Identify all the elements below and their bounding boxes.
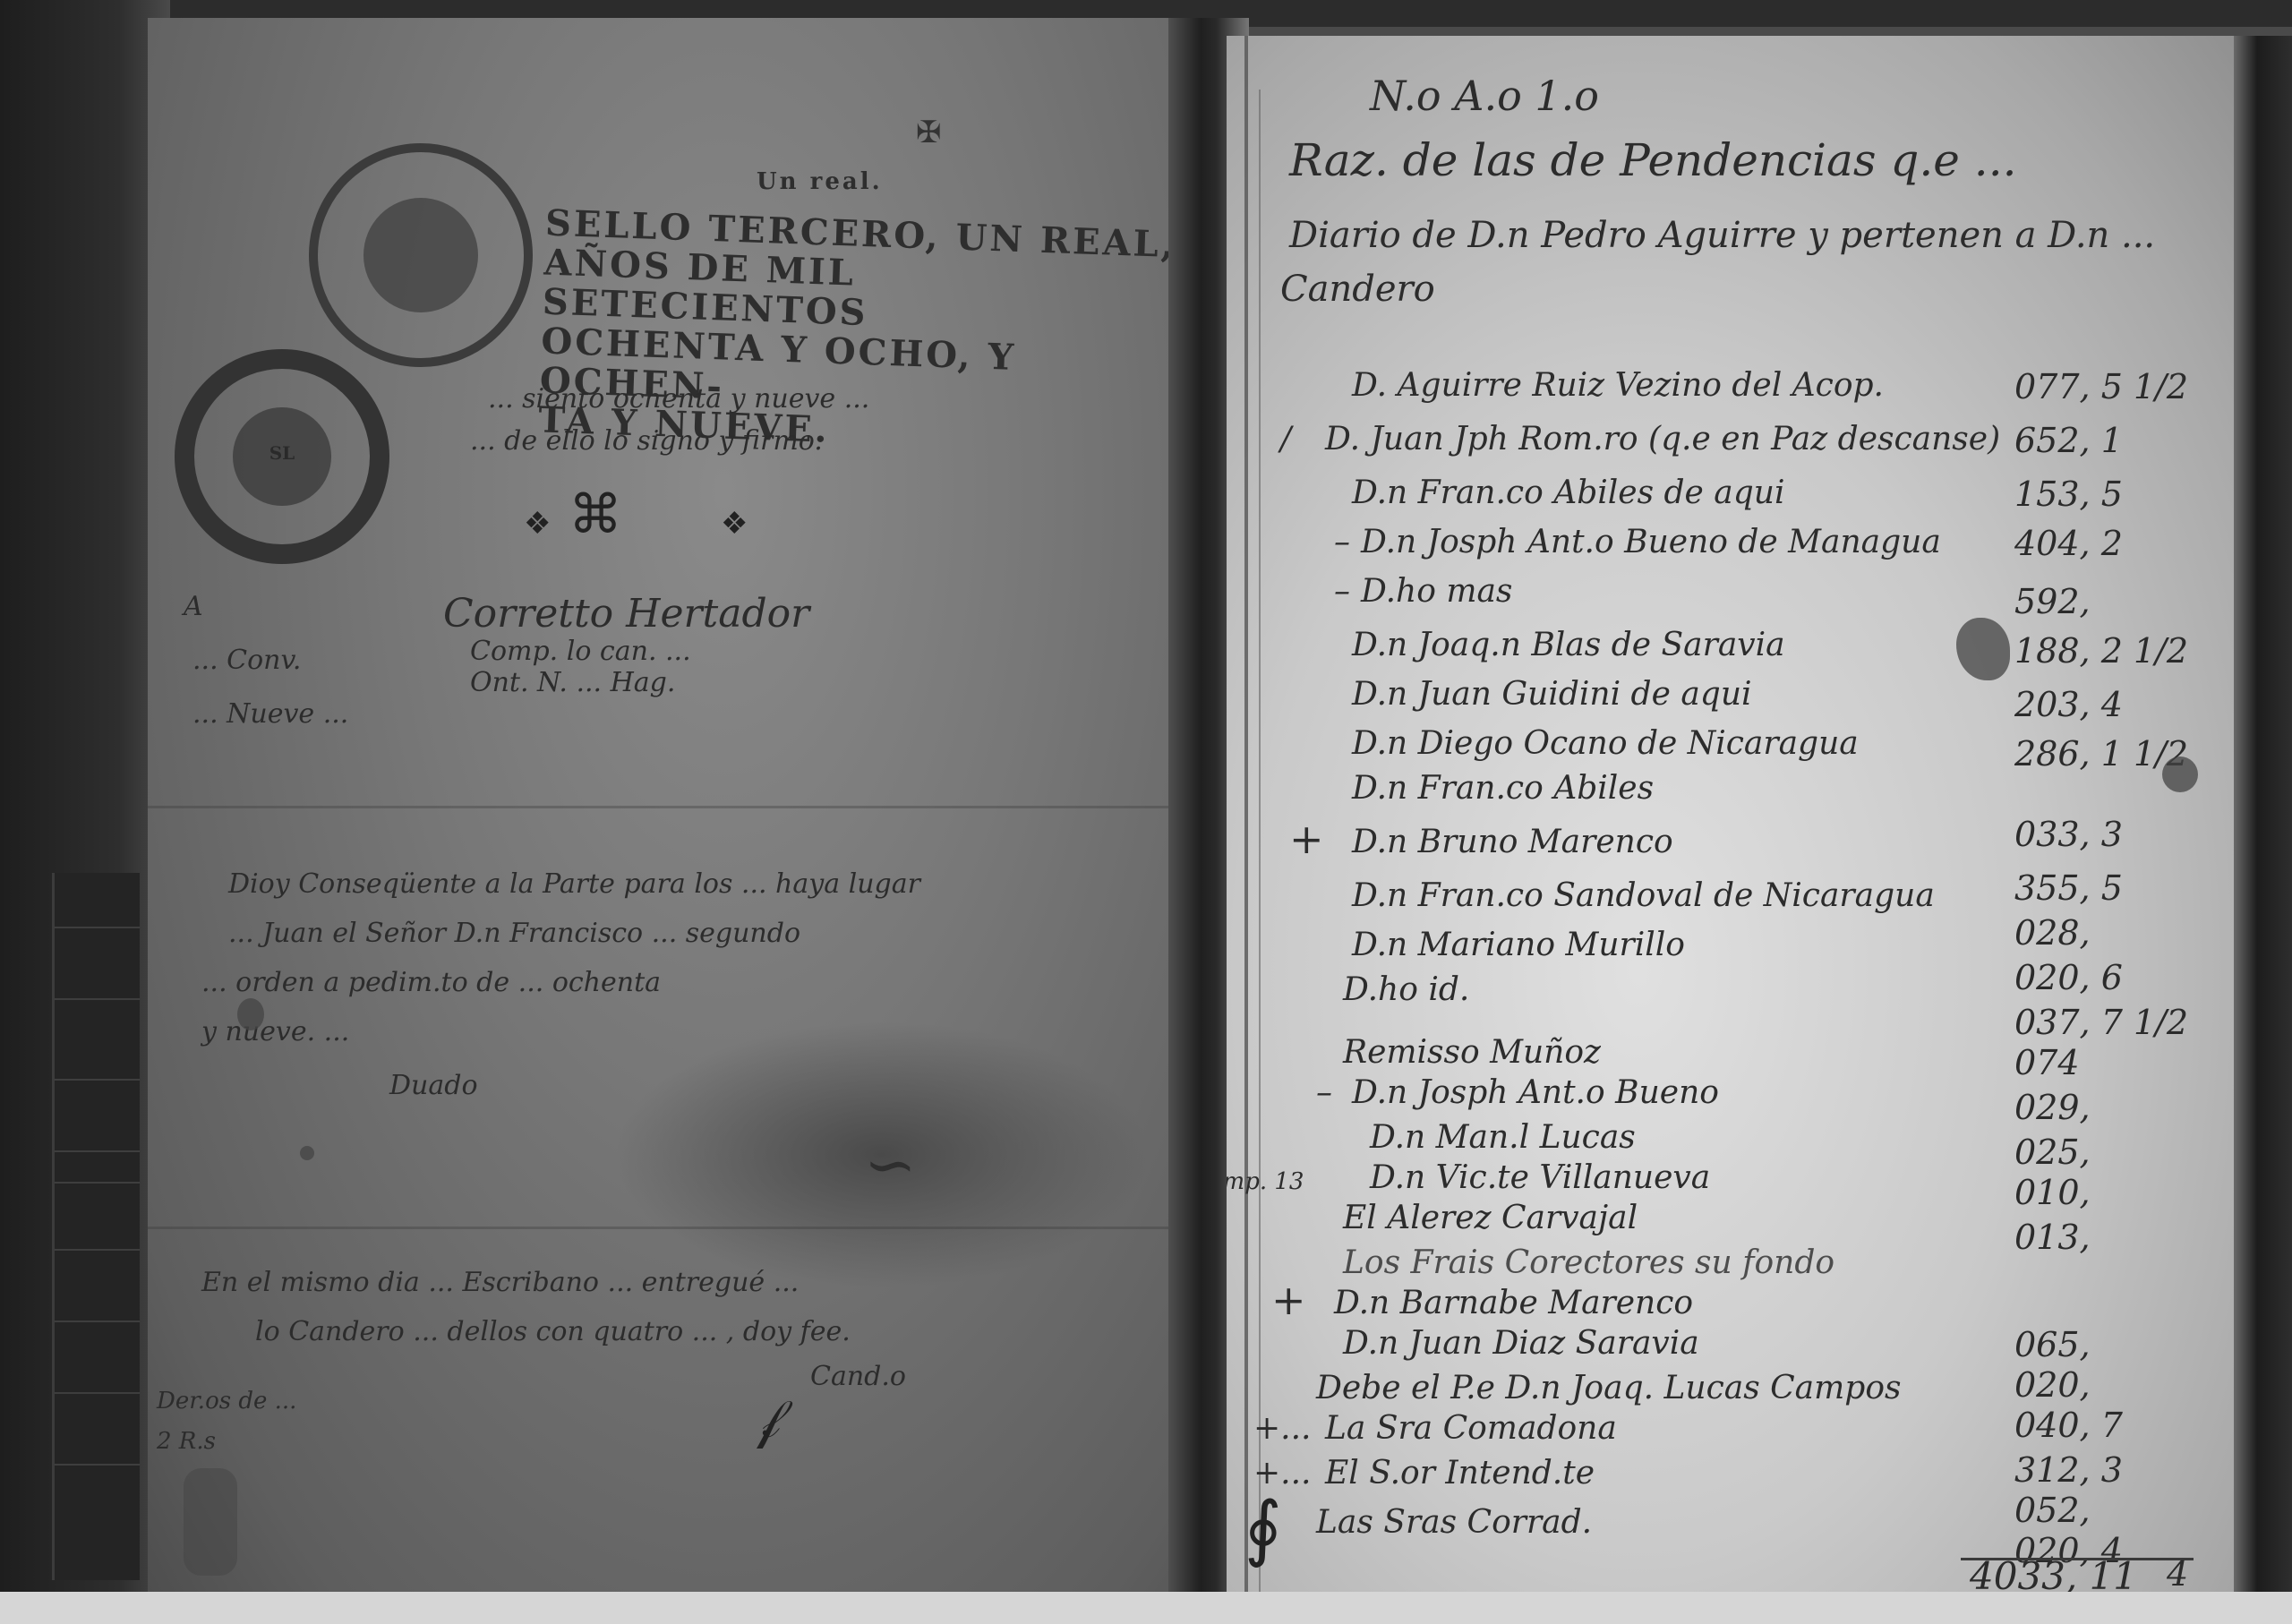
- spine-band: [55, 1150, 140, 1152]
- entry-name: D.n Josph Ant.o Bueno de Managua: [1361, 524, 1941, 560]
- entry-name: Las Sras Corrad.: [1316, 1504, 1592, 1541]
- entry-amount: 037, 7 1/2: [2014, 1003, 2188, 1042]
- entry-amount: 153, 5: [2014, 474, 2123, 514]
- entry-name: Los Frais Corectores su fondo: [1343, 1244, 1834, 1281]
- paragraph-signoff: Duado: [389, 1070, 478, 1101]
- entry-name: Remisso Muñoz: [1343, 1034, 1601, 1071]
- book-cover-right: [2234, 36, 2292, 1594]
- stamp-denomination: Un real.: [757, 168, 883, 195]
- stamped-paper-header: SELLO TERCERO, UN REAL, AÑOS DE MIL SETE…: [538, 204, 1191, 463]
- entry-name: D.n Juan Diaz Saravia: [1343, 1325, 1699, 1362]
- fee-note: 2 R.s: [157, 1428, 216, 1455]
- ledger-total: 4033, 11: [1970, 1554, 2137, 1594]
- paragraph-line: ... orden a pedim.to de ... ochenta: [201, 967, 661, 998]
- crown-crest-icon: [363, 198, 479, 313]
- entry-amount: 188, 2 1/2: [2014, 631, 2188, 671]
- entry-mark: +...: [1253, 1410, 1312, 1447]
- entry-amount: 020, 6: [2014, 958, 2123, 997]
- margin-rule: [1259, 90, 1261, 1594]
- ledger-title: Raz. de las de Pendencias q.e ...: [1289, 134, 2016, 186]
- entry-mark: +: [1271, 1276, 1306, 1324]
- entry-name: D.n Mariano Murillo: [1352, 927, 1685, 963]
- entry-name: D.n Barnabe Marenco: [1334, 1285, 1693, 1321]
- paragraph-line: ... Juan el Señor D.n Francisco ... segu…: [228, 918, 800, 949]
- signature-line: Comp. lo can. ...: [470, 636, 691, 667]
- entry-name: D.n Fran.co Sandoval de Nicaragua: [1352, 877, 1935, 914]
- entry-amount: 013,: [2014, 1218, 2091, 1257]
- ornament-icon: ❖: [721, 506, 748, 542]
- entry-name: D.n Diego Ocano de Nicaragua: [1352, 725, 1859, 762]
- entry-name: D.n Joaq.n Blas de Saravia: [1352, 627, 1785, 663]
- ledger-total-suffix: 4: [2167, 1554, 2188, 1594]
- entry-name: D.n Man.l Lucas: [1370, 1119, 1636, 1156]
- right-page: N.o A.o 1.o Raz. de las de Pendencias q.…: [1227, 36, 2272, 1594]
- paragraph-line: Dioy Conseqüente a la Parte para los ...…: [228, 868, 920, 900]
- margin-note: ... Conv.: [192, 645, 301, 676]
- signature-line: Ont. N. ... Hag.: [470, 667, 675, 698]
- rubric-flourish-icon: ∽: [864, 1128, 917, 1201]
- spine-band: [55, 1079, 140, 1081]
- ink-blot: [300, 1146, 314, 1160]
- entry-mark: –: [1334, 573, 1350, 610]
- scan-bottom-border: [0, 1592, 2292, 1624]
- paragraph-line: y nueve. ...: [201, 1016, 349, 1047]
- entry-amount: 404, 2: [2014, 524, 2123, 563]
- spine-band: [55, 1321, 140, 1322]
- entry-name: Debe el P.e D.n Joaq. Lucas Campos: [1316, 1370, 1901, 1406]
- entry-amount: 074: [2014, 1043, 2080, 1082]
- entry-amount: 286, 1 1/2: [2014, 734, 2188, 774]
- entry-name: D.n Bruno Marenco: [1352, 824, 1673, 860]
- ledger-subtitle: Diario de D.n Pedro Aguirre y pertenen a…: [1289, 215, 2155, 256]
- entry-amount: 010,: [2014, 1173, 2091, 1212]
- entry-name: El S.or Intend.te: [1325, 1455, 1595, 1492]
- entry-name: D.ho id.: [1343, 971, 1469, 1008]
- margin-note: A: [184, 591, 203, 622]
- entry-amount: 025,: [2014, 1133, 2091, 1172]
- rubric-flourish-icon: ∮: [1244, 1486, 1282, 1569]
- spine-band: [55, 1464, 140, 1466]
- entry-mark: /: [1280, 421, 1291, 457]
- entry-amount: 052,: [2014, 1491, 2091, 1530]
- entry-name: D.n Josph Ant.o Bueno: [1352, 1074, 1719, 1111]
- entry-name: D. Aguirre Ruiz Vezino del Acop.: [1352, 367, 1884, 404]
- entry-amount: 203, 4: [2014, 685, 2123, 724]
- fee-note: Der.os de ...: [157, 1388, 296, 1415]
- ink-blot: [2162, 756, 2198, 792]
- entry-name: La Sra Comadona: [1325, 1410, 1617, 1447]
- ornament-icon: ❖: [524, 506, 551, 542]
- ink-blot: [237, 998, 264, 1030]
- paragraph-line: lo Candero ... dellos con quatro ... , d…: [255, 1316, 851, 1347]
- rubric-flourish-icon: 𝒻: [757, 1388, 781, 1450]
- ruled-line: [148, 1227, 1177, 1229]
- entry-amount: 077, 5 1/2: [2014, 367, 2188, 406]
- page-damage: [184, 1468, 237, 1576]
- entry-amount: 040, 7: [2014, 1406, 2123, 1445]
- entry-name: D.ho mas: [1361, 573, 1512, 610]
- entry-mark: –: [1334, 524, 1350, 560]
- entry-name: D.n Fran.co Abiles: [1352, 770, 1654, 807]
- entry-name: D.n Fran.co Abiles de aqui: [1352, 474, 1785, 511]
- margin-rule: [1244, 36, 1248, 1594]
- entry-name: D.n Juan Guidini de aqui: [1352, 676, 1752, 713]
- spine-band: [55, 1249, 140, 1251]
- paragraph-line: En el mismo dia ... Escribano ... entreg…: [201, 1267, 799, 1298]
- entry-name: D.n Vic.te Villanueva: [1370, 1159, 1710, 1196]
- notary-signature: Corretto Hertador: [443, 591, 809, 637]
- entry-amount: 355, 5: [2014, 868, 2123, 908]
- cross-icon: ✠: [916, 115, 942, 150]
- spine-band: [55, 1392, 140, 1394]
- entry-amount: 028,: [2014, 913, 2091, 953]
- left-page: ✠ Un real. SL SELLO TERCERO, UN REAL, AÑ…: [148, 18, 1195, 1594]
- seal-monogram: SL: [194, 442, 370, 464]
- notary-sign-flourish-icon: ⌘: [569, 483, 622, 546]
- spine-band: [55, 998, 140, 1000]
- folio-number: N.o A.o 1.o: [1370, 72, 1599, 120]
- entry-amount: 065,: [2014, 1325, 2091, 1364]
- paragraph-signoff: Cand.o: [810, 1361, 906, 1392]
- handwritten-line: ... de ello lo signo y firmo:: [470, 425, 824, 457]
- entry-amount: 652, 1: [2014, 421, 2123, 460]
- royal-seal-lower: SL: [175, 349, 389, 564]
- royal-seal-upper: [309, 143, 533, 367]
- ruled-line: [148, 806, 1177, 808]
- margin-note: Comp. 13: [1227, 1168, 1304, 1195]
- spine-band: [55, 927, 140, 928]
- entry-amount: 592,: [2014, 582, 2091, 621]
- ink-stain: [1956, 618, 2010, 680]
- entry-amount: 312, 3: [2014, 1450, 2123, 1490]
- entry-mark: +: [1289, 815, 1324, 863]
- entry-name: El Alerez Carvajal: [1343, 1200, 1638, 1236]
- margin-note: ... Nueve ...: [192, 698, 348, 730]
- handwritten-line: ... siento ochenta y nueve ...: [488, 383, 869, 415]
- entry-amount: 020,: [2014, 1365, 2091, 1405]
- spine-band: [55, 1182, 140, 1184]
- entry-name: D. Juan Jph Rom.ro (q.e en Paz descanse): [1325, 421, 2000, 457]
- entry-mark: –: [1316, 1074, 1332, 1111]
- entry-amount: 029,: [2014, 1088, 2091, 1127]
- book-spine: [52, 873, 140, 1580]
- entry-amount: 033, 3: [2014, 815, 2123, 854]
- ledger-subtitle: Candero: [1280, 269, 1435, 310]
